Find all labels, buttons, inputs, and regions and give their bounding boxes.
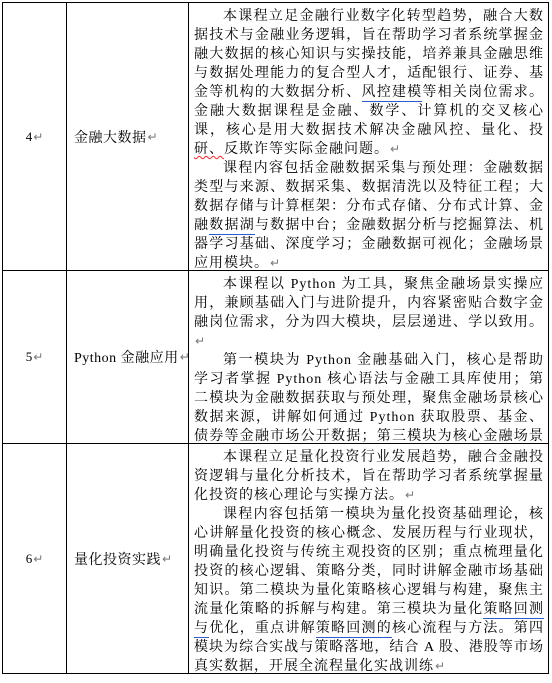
paragraph-mark-icon: ↵ <box>404 488 415 502</box>
description-paragraph: 本课程以 Python 为工具，聚焦金融场景实操应用，兼顾基础入门与进阶提升，内… <box>194 275 544 351</box>
text-run: 本课程立足量化投资行业发展趋势，融合金融投资逻辑与量化分析技术，旨在帮助学习者系… <box>194 450 544 503</box>
document-page: 4↵金融大数据↵本课程立足金融行业数字化转型趋势，融合大数据技术与金融业务逻辑，… <box>0 0 552 683</box>
description-paragraph: 本课程立足金融行业数字化转型趋势，融合大数据技术与金融业务逻辑，旨在帮助学习者系… <box>194 7 544 159</box>
row-number-cell: 5↵ <box>3 271 67 444</box>
text-run: 优化，重点讲解 <box>209 621 316 636</box>
course-name: 量化投资实践 <box>74 549 161 569</box>
paragraph-mark-icon: ↵ <box>269 256 280 270</box>
text-run: 第一模块为 Python 金融基础入门，核心是帮助学习者掌握 Python 核心… <box>194 353 544 444</box>
course-name: 金融大数据 <box>74 127 147 147</box>
table-row: 5↵Python 金融应用↵本课程以 Python 为工具，聚焦金融场景实操应用… <box>3 271 549 444</box>
underlined-term[interactable]: 策略回测的 <box>316 621 392 638</box>
paragraph-mark-icon: ↵ <box>147 130 158 144</box>
row-number-cell: 4↵ <box>3 3 67 271</box>
course-name: Python 金融应用 <box>74 347 179 367</box>
course-description-cell: 本课程以 Python 为工具，聚焦金融场景实操应用，兼顾基础入门与进阶提升，内… <box>189 271 549 444</box>
text-run: 反欺诈等实际金融问题。 <box>224 142 389 157</box>
text-run: 课程内容包括第一模块为量化投资基础理论，核心讲解量化投资的核心概念、发展历程与行… <box>194 507 544 617</box>
paragraph-mark-icon: ↵ <box>32 130 43 144</box>
table-row: 6↵量化投资实践↵本课程立足量化投资行业发展趋势，融合金融投资逻辑与量化分析技术… <box>3 444 549 674</box>
course-name-cell: 量化投资实践↵ <box>67 444 189 674</box>
underlined-term[interactable]: 数据湖 <box>209 218 255 235</box>
course-description-cell: 本课程立足金融行业数字化转型趋势，融合大数据技术与金融业务逻辑，旨在帮助学习者系… <box>189 3 549 271</box>
course-table: 4↵金融大数据↵本课程立足金融行业数字化转型趋势，融合大数据技术与金融业务逻辑，… <box>2 2 549 674</box>
paragraph-mark-icon: ↵ <box>32 552 43 566</box>
description-paragraph: 课程内容包括第一模块为量化投资基础理论，核心讲解量化投资的核心概念、发展历程与行… <box>194 505 544 674</box>
description-paragraph: 第一模块为 Python 金融基础入门，核心是帮助学习者掌握 Python 核心… <box>194 351 544 444</box>
misspelled-term: 研、 <box>194 142 224 157</box>
row-number-cell: 6↵ <box>3 444 67 674</box>
course-name-cell: 金融大数据↵ <box>67 3 189 271</box>
table-row: 4↵金融大数据↵本课程立足金融行业数字化转型趋势，融合大数据技术与金融业务逻辑，… <box>3 3 549 271</box>
underlined-term[interactable]: 风控建模 <box>362 85 423 102</box>
paragraph-mark-icon: ↵ <box>161 552 172 566</box>
course-description-cell: 本课程立足量化投资行业发展趋势，融合金融投资逻辑与量化分析技术，旨在帮助学习者系… <box>189 444 549 674</box>
paragraph-mark-icon: ↵ <box>194 334 205 348</box>
course-name-cell: Python 金融应用↵ <box>67 271 189 444</box>
text-run: 本课程以 Python 为工具，聚焦金融场景实操应用，兼顾基础入门与进阶提升，内… <box>194 277 544 330</box>
description-paragraph: 本课程立足量化投资行业发展趋势，融合金融投资逻辑与量化分析技术，旨在帮助学习者系… <box>194 448 544 505</box>
paragraph-mark-icon: ↵ <box>434 659 445 673</box>
paragraph-mark-icon: ↵ <box>389 142 400 156</box>
description-paragraph: 课程内容包括金融数据采集与预处理：金融数据类型与来源、数据采集、数据清洗以及特征… <box>194 159 544 271</box>
paragraph-mark-icon: ↵ <box>179 350 189 364</box>
paragraph-mark-icon: ↵ <box>32 350 43 364</box>
